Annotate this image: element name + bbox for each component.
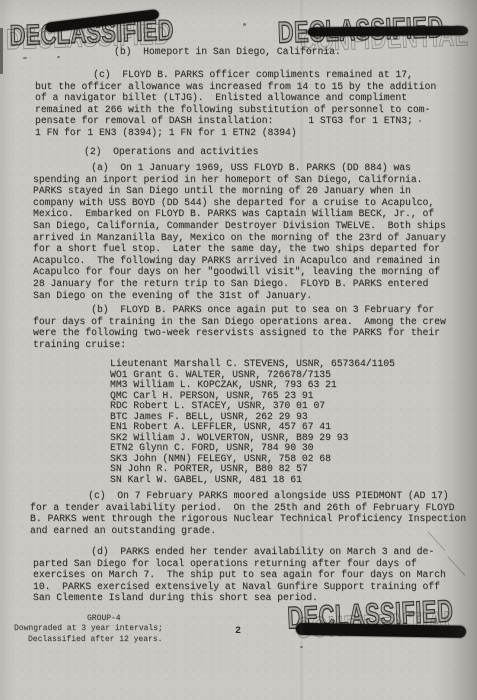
black-marker-smear bbox=[45, 9, 159, 33]
roster-line: SN Karl W. GABEL, USNR, 481 18 61 bbox=[110, 475, 395, 486]
roster-line: Lieutenant Marshall C. STEVENS, USNR, 65… bbox=[110, 359, 395, 370]
heading-operations-and-activities: (2) Operations and activities bbox=[84, 146, 258, 158]
reservist-roster-list: Lieutenant Marshall C. STEVENS, USNR, 65… bbox=[110, 359, 395, 486]
scan-speck bbox=[23, 57, 27, 59]
paragraph-b-february-training: (b) FLOYD B. PARKS once again put to sea… bbox=[33, 304, 446, 350]
black-marker-smear bbox=[308, 26, 468, 36]
declassified-confidential-stamp-top-right: DECLASSIFIED CONFIDENTIAL bbox=[277, 7, 477, 68]
stamp-text-confidential: CONFIDENTIAL bbox=[295, 605, 458, 646]
paragraph-d-march-operations: (d) PARKS ended her tender availability … bbox=[33, 546, 446, 604]
scan-speck bbox=[419, 120, 421, 122]
paragraph-c-manning: (c) FLOYD B. PARKS officer compliments r… bbox=[35, 69, 436, 139]
scan-speck bbox=[300, 646, 303, 648]
page-edge-mark bbox=[0, 28, 3, 74]
footer-declassify-note: Declassified after 12 years. bbox=[28, 635, 162, 646]
line-homeport: (b) Homeport in San Diego, California. bbox=[114, 46, 341, 58]
paragraph-c-tender-availability: (c) On 7 February PARKS moored alongside… bbox=[30, 490, 466, 536]
footer-group-label: GROUP-4 bbox=[87, 614, 121, 625]
black-marker-smear bbox=[296, 623, 466, 638]
pencil-mark bbox=[447, 556, 465, 576]
document-page: DECLASSIFIED DECLASSIFIED DECLASSIFIED C… bbox=[0, 0, 477, 700]
stamp-text-declassified: DECLASSIFIED bbox=[277, 10, 444, 51]
paragraph-a-january-operations: (a) On 1 January 1969, USS FLOYD B. PARK… bbox=[33, 162, 446, 301]
scan-speck bbox=[243, 23, 246, 26]
footer-downgrade-note: Downgraded at 3 year intervals; bbox=[14, 624, 163, 635]
page-number: 2 bbox=[235, 626, 241, 637]
scan-speck bbox=[57, 56, 60, 58]
